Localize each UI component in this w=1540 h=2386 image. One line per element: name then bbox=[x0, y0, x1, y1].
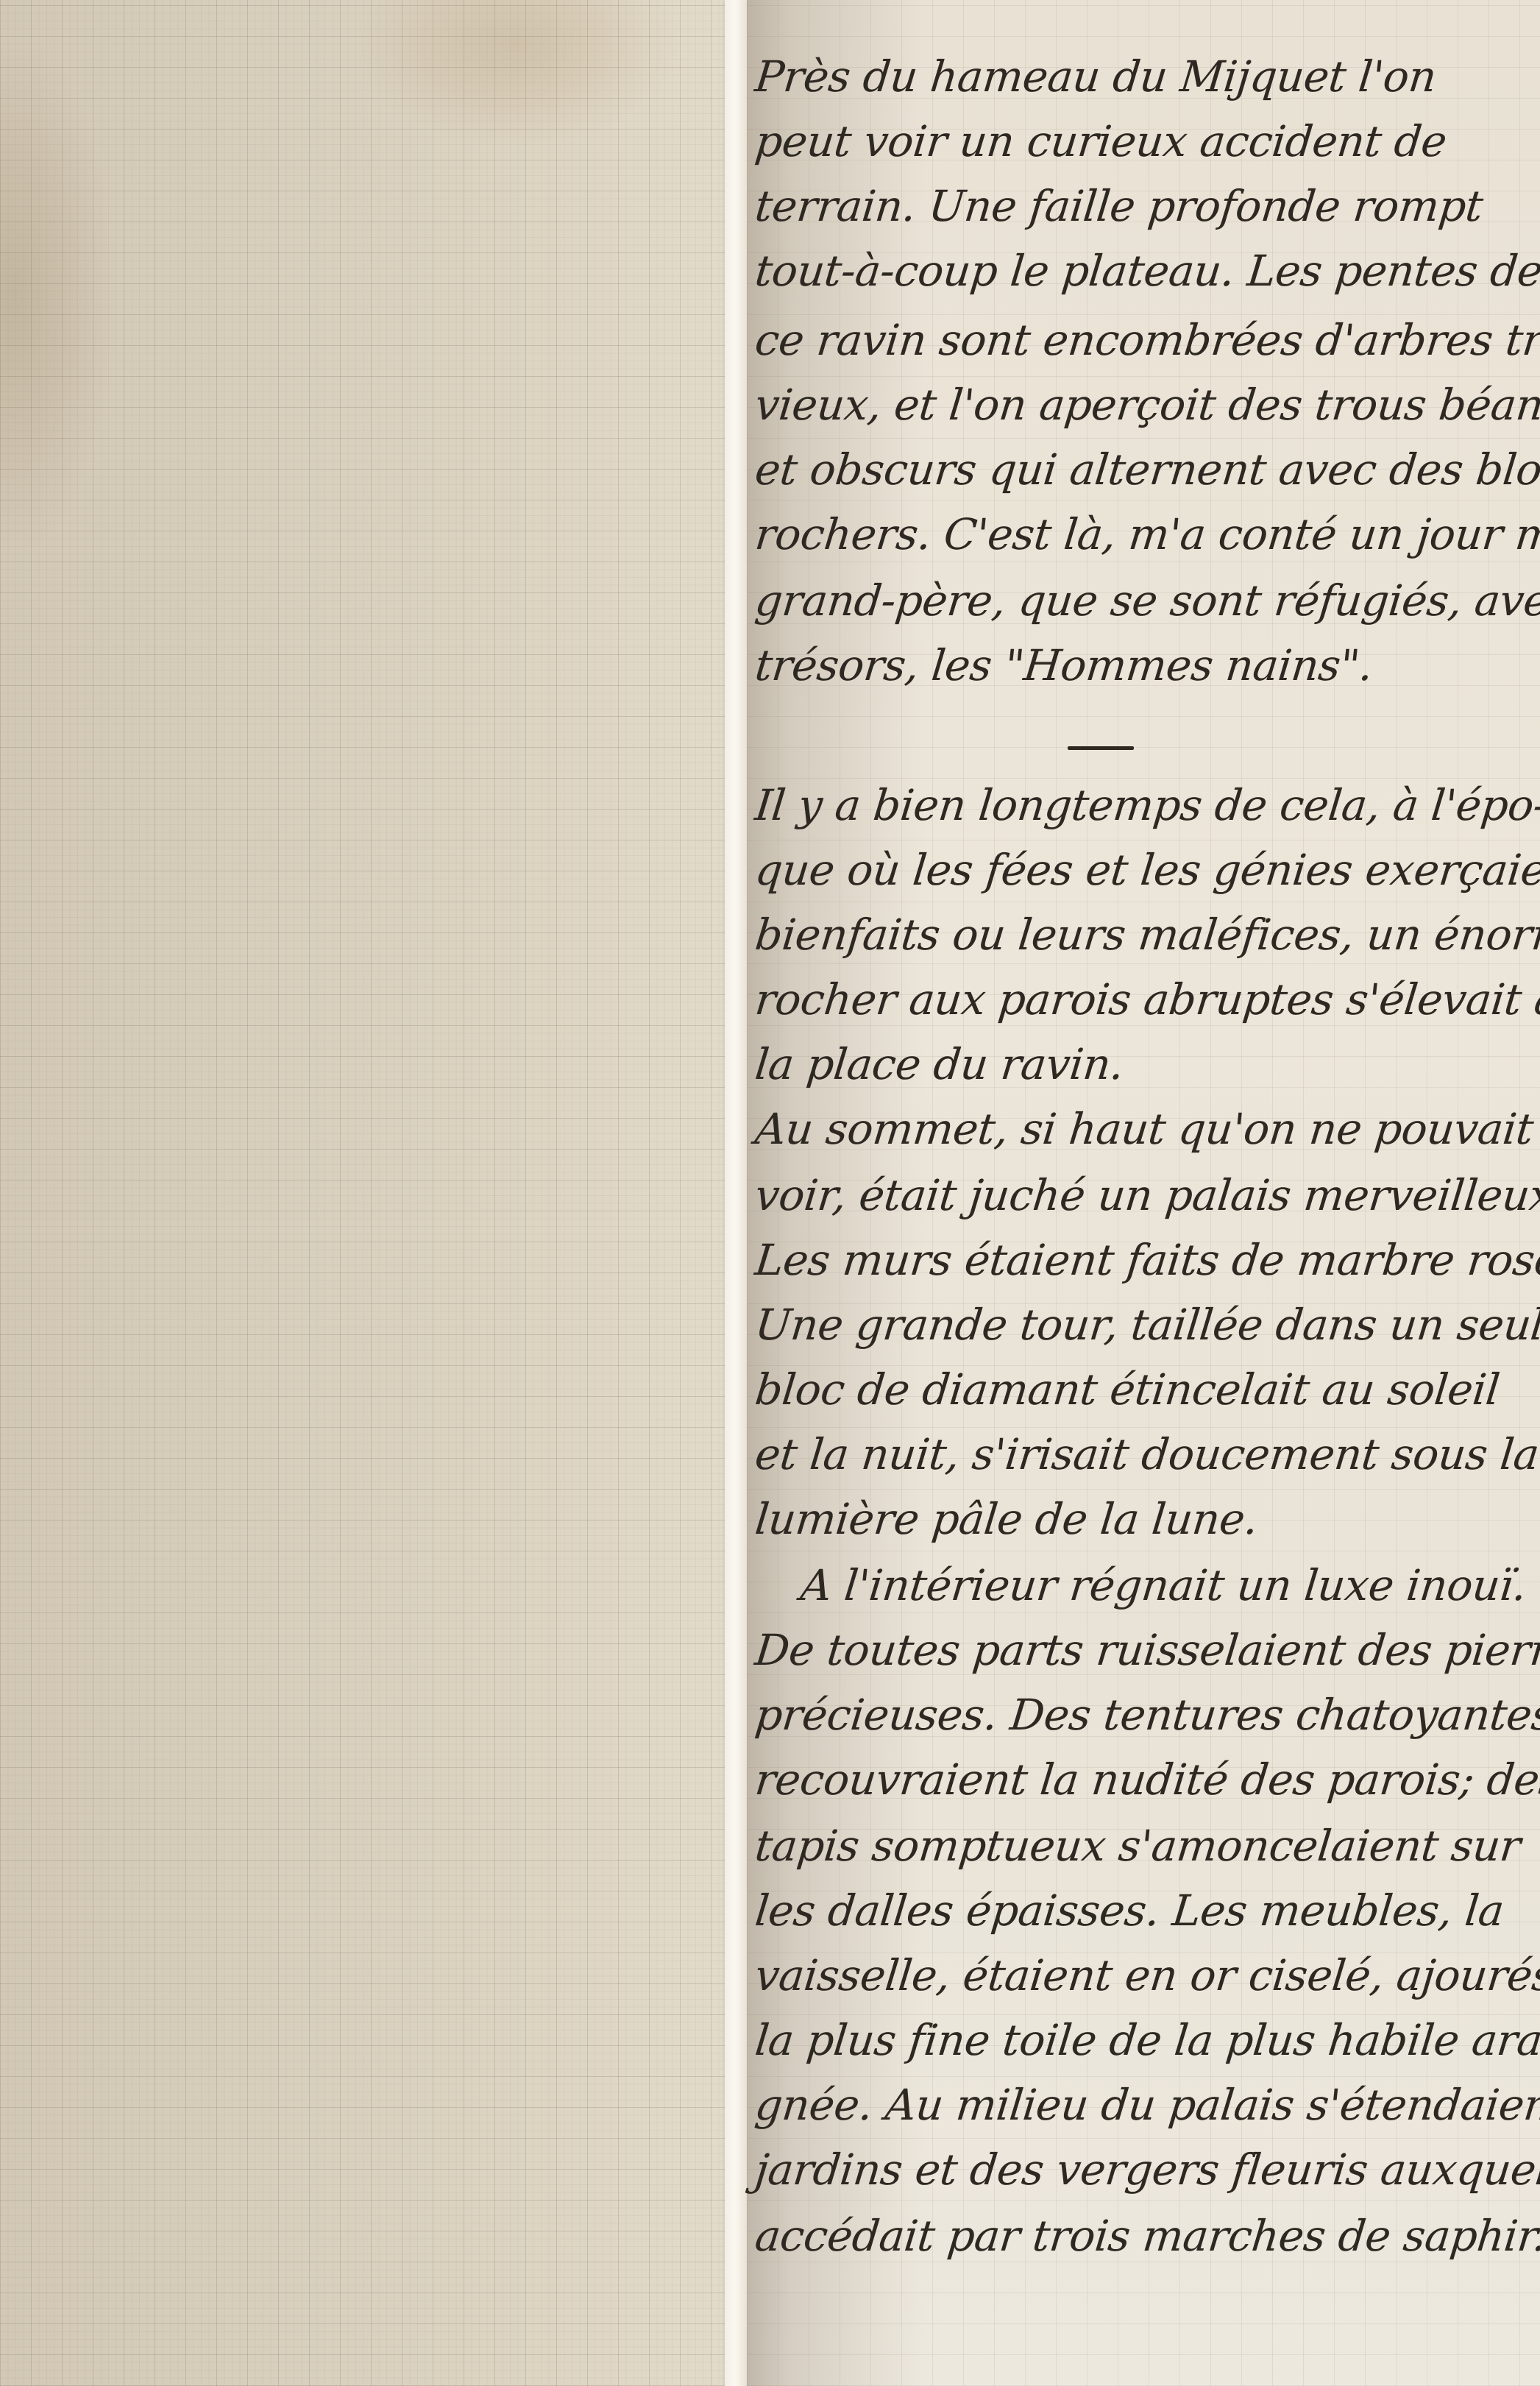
text-line: De toutes parts ruisselaient des pierres bbox=[753, 1625, 1540, 1675]
text-line: tapis somptueux s'amoncelaient sur bbox=[753, 1821, 1523, 1871]
section-separator bbox=[1068, 746, 1134, 750]
page-fold-edge bbox=[725, 0, 747, 2386]
text-line: Près du hameau du Mijquet l'on bbox=[753, 52, 1438, 102]
text-line: jardins et des vergers fleuris auxquels … bbox=[753, 2145, 1540, 2195]
text-line: vieux, et l'on aperçoit des trous béants bbox=[753, 380, 1540, 430]
text-line: que où les fées et les génies exerçaient… bbox=[753, 845, 1540, 895]
text-line: la place du ravin. bbox=[753, 1039, 1126, 1089]
text-line: précieuses. Des tentures chatoyantes bbox=[753, 1690, 1540, 1740]
text-line: vaisselle, étaient en or ciselé, ajourés… bbox=[753, 1950, 1540, 2000]
left-blank-page bbox=[0, 0, 725, 2386]
right-written-page: Près du hameau du Mijquet l'on peut voir… bbox=[747, 0, 1540, 2386]
text-line: Au sommet, si haut qu'on ne pouvait le bbox=[753, 1104, 1540, 1154]
handwritten-text: Près du hameau du Mijquet l'on peut voir… bbox=[747, 0, 1540, 2386]
text-line: accédait par trois marches de saphir. bbox=[753, 2211, 1540, 2261]
text-line: peut voir un curieux accident de bbox=[753, 116, 1449, 166]
text-line: recouvraient la nudité des parois; des bbox=[753, 1755, 1540, 1805]
text-line: rochers. C'est là, m'a conté un jour mon bbox=[753, 509, 1540, 559]
text-line: Une grande tour, taillée dans un seul bbox=[753, 1300, 1540, 1350]
text-line: et obscurs qui alternent avec des blocs … bbox=[753, 445, 1540, 495]
text-line: rocher aux parois abruptes s'élevait à bbox=[753, 974, 1540, 1024]
manuscript-photo: Près du hameau du Mijquet l'on peut voir… bbox=[0, 0, 1540, 2386]
text-line: bloc de diamant étincelait au soleil bbox=[753, 1364, 1502, 1415]
text-line: et la nuit, s'irisait doucement sous la bbox=[753, 1429, 1540, 1479]
text-line: bienfaits ou leurs maléfices, un énorme bbox=[753, 910, 1540, 960]
text-line: tout-à-coup le plateau. Les pentes de bbox=[753, 246, 1540, 296]
text-line: Il y a bien longtemps de cela, à l'épo- bbox=[753, 780, 1540, 830]
text-line: A l'intérieur régnait un luxe inouï. bbox=[798, 1560, 1529, 1610]
text-line: les dalles épaisses. Les meubles, la bbox=[753, 1886, 1506, 1936]
text-line: la plus fine toile de la plus habile ara… bbox=[753, 2015, 1540, 2065]
text-line: gnée. Au milieu du palais s'étendaient d… bbox=[753, 2080, 1540, 2130]
text-line: Les murs étaient faits de marbre rose. bbox=[753, 1235, 1540, 1285]
text-line: terrain. Une faille profonde rompt bbox=[753, 181, 1486, 231]
text-line: voir, était juché un palais merveilleux. bbox=[753, 1170, 1540, 1220]
text-line: trésors, les "Hommes nains". bbox=[753, 640, 1375, 690]
text-line: lumière pâle de la lune. bbox=[753, 1494, 1260, 1544]
text-line: grand-père, que se sont réfugiés, avec l… bbox=[753, 576, 1540, 626]
text-line: ce ravin sont encombrées d'arbres très bbox=[753, 315, 1540, 365]
